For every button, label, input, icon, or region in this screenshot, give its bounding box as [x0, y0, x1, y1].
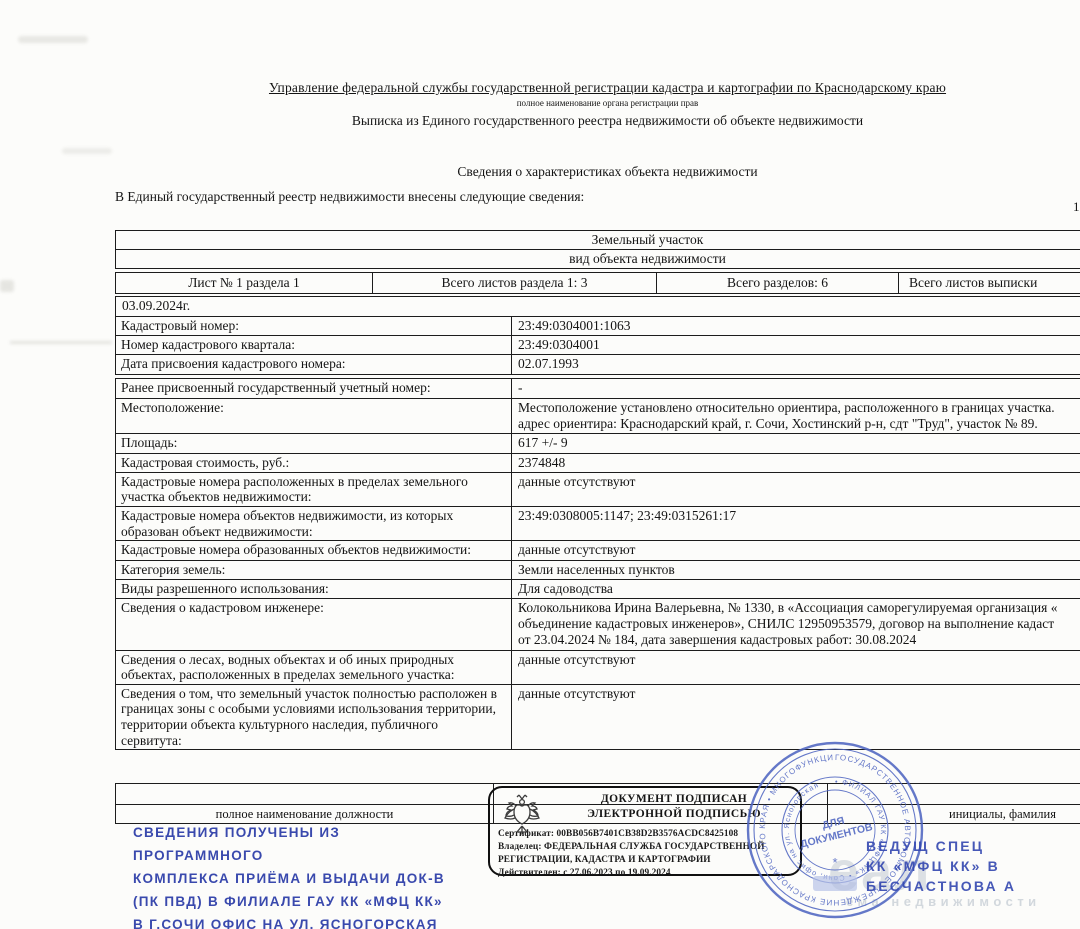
value-line: - [518, 380, 1080, 396]
row-label: Кадастровые номера расположенных в преде… [116, 473, 511, 506]
stamp-address-plate [813, 876, 857, 891]
specialist-stamp-text: ВЕДУЩ СПЕЦ КК «МФЦ КК» В БЕСЧАСТНОВА А [866, 836, 1080, 896]
row-value: данные отсутствуют [511, 651, 1080, 684]
sheet-cell: Всего листов выписки [898, 273, 1080, 293]
section-title: Сведения о характеристиках объекта недви… [115, 164, 1080, 180]
stamp-line: КК «МФЦ КК» В [866, 856, 1080, 876]
sheet-cell: Всего листов раздела 1: 3 [372, 273, 656, 293]
value-line: 617 +/- 9 [518, 435, 1080, 451]
stamp-line: ВЕДУЩ СПЕЦ [866, 836, 1080, 856]
value-line: данные отсутствуют [518, 542, 1080, 558]
value-line: 2374848 [518, 455, 1080, 471]
sheet-cell: Лист № 1 раздела 1 [116, 273, 372, 293]
row-value: 23:49:0308005:1147; 23:49:0315261:17 [511, 507, 1080, 540]
details-table: Ранее присвоенный государственный учетны… [115, 378, 1080, 750]
document-title: Выписка из Единого государственного реес… [115, 113, 1080, 129]
object-type-table: Земельный участок вид объекта недвижимос… [115, 230, 1080, 269]
scan-smudge [0, 280, 14, 292]
row-label: Сведения о лесах, водных объектах и об и… [116, 651, 511, 684]
row-label: Местоположение: [116, 399, 511, 433]
row-label: Кадастровые номера образованных объектов… [116, 541, 511, 559]
row-value: Для садоводства [511, 580, 1080, 598]
value-line: данные отсутствуют [518, 686, 1080, 702]
row-label: Ранее присвоенный государственный учетны… [116, 379, 511, 398]
value-line: Местоположение установлено относительно … [518, 400, 1080, 416]
value-line: 23:49:0308005:1147; 23:49:0315261:17 [518, 508, 1080, 524]
stamp-line: (ПК ПВД) В ФИЛИАЛЕ ГАУ КК «МФЦ КК» [133, 890, 463, 913]
row-value: Местоположение установлено относительно … [511, 399, 1080, 433]
row-label: Виды разрешенного использования: [116, 580, 511, 598]
row-value: 2374848 [511, 454, 1080, 472]
page-number: 1 [1073, 199, 1080, 215]
row-label: Сведения о том, что земельный участок по… [116, 685, 511, 750]
row-value: Колокольникова Ирина Валерьевна, № 1330,… [511, 599, 1080, 650]
row-label: Кадастровый номер: [116, 317, 511, 335]
stamp-line: СВЕДЕНИЯ ПОЛУЧЕНЫ ИЗ ПРОГРАММНОГО [133, 821, 463, 867]
scan-smudge [18, 36, 88, 43]
value-line: Земли населенных пунктов [518, 562, 1080, 578]
org-title: Управление федеральной службы государств… [115, 80, 1080, 96]
row-label: Номер кадастрового квартала: [116, 336, 511, 354]
value-line: от 23.04.2024 № 184, дата завершения кад… [518, 632, 1080, 648]
value-line: Колокольникова Ирина Валерьевна, № 1330,… [518, 600, 1080, 616]
stamp-line: КОМПЛЕКСА ПРИЁМА И ВЫДАЧИ ДОК-В [133, 867, 463, 890]
row-label: Кадастровые номера объектов недвижимости… [116, 507, 511, 540]
value-line: объединение кадастровых инженеров», СНИЛ… [518, 616, 1080, 632]
row-label: Категория земель: [116, 561, 511, 579]
row-value: 23:49:0304001:1063 [511, 317, 1080, 335]
registry-table: 03.09.2024г. Кадастровый номер: 23:49:03… [115, 296, 1080, 375]
row-value: 02.07.1993 [511, 355, 1080, 373]
row-value: 23:49:0304001 [511, 336, 1080, 354]
object-type-caption: вид объекта недвижимости [116, 250, 1080, 268]
rosreestr-eagle-icon [500, 793, 544, 849]
object-type: Земельный участок [116, 231, 1080, 249]
row-label: Дата присвоения кадастрового номера: [116, 355, 511, 373]
extract-date: 03.09.2024г. [116, 297, 1080, 316]
sheet-info-table: Лист № 1 раздела 1 Всего листов раздела … [115, 272, 1080, 294]
row-label: Площадь: [116, 434, 511, 452]
scan-smudge [10, 341, 112, 344]
intro-line: В Единый государственный реестр недвижим… [115, 189, 584, 205]
row-value: Земли населенных пунктов [511, 561, 1080, 579]
stamp-asterisk: * [832, 855, 837, 870]
row-value: данные отсутствуют [511, 541, 1080, 559]
value-line: данные отсутствуют [518, 652, 1080, 668]
row-label: Сведения о кадастровом инженере: [116, 599, 511, 650]
org-subtitle: полное наименование органа регистрации п… [115, 98, 1080, 108]
row-label: Кадастровая стоимость, руб.: [116, 454, 511, 472]
row-value: 617 +/- 9 [511, 434, 1080, 452]
scan-smudge [62, 148, 112, 154]
pvd-stamp-text: СВЕДЕНИЯ ПОЛУЧЕНЫ ИЗ ПРОГРАММНОГО КОМПЛЕ… [133, 821, 463, 929]
row-value: данные отсутствуют [511, 473, 1080, 506]
sheet-cell: Всего разделов: 6 [656, 273, 898, 293]
empty-cell [116, 784, 493, 804]
stamp-line: В Г.СОЧИ ОФИС НА УЛ. ЯСНОГОРСКАЯ [133, 913, 463, 929]
stamp-line: БЕСЧАСТНОВА А [866, 876, 1080, 896]
row-value: - [511, 379, 1080, 398]
value-line: Для садоводства [518, 581, 1080, 597]
value-line: адрес ориентира: Краснодарский край, г. … [518, 416, 1080, 432]
value-line: данные отсутствуют [518, 474, 1080, 490]
